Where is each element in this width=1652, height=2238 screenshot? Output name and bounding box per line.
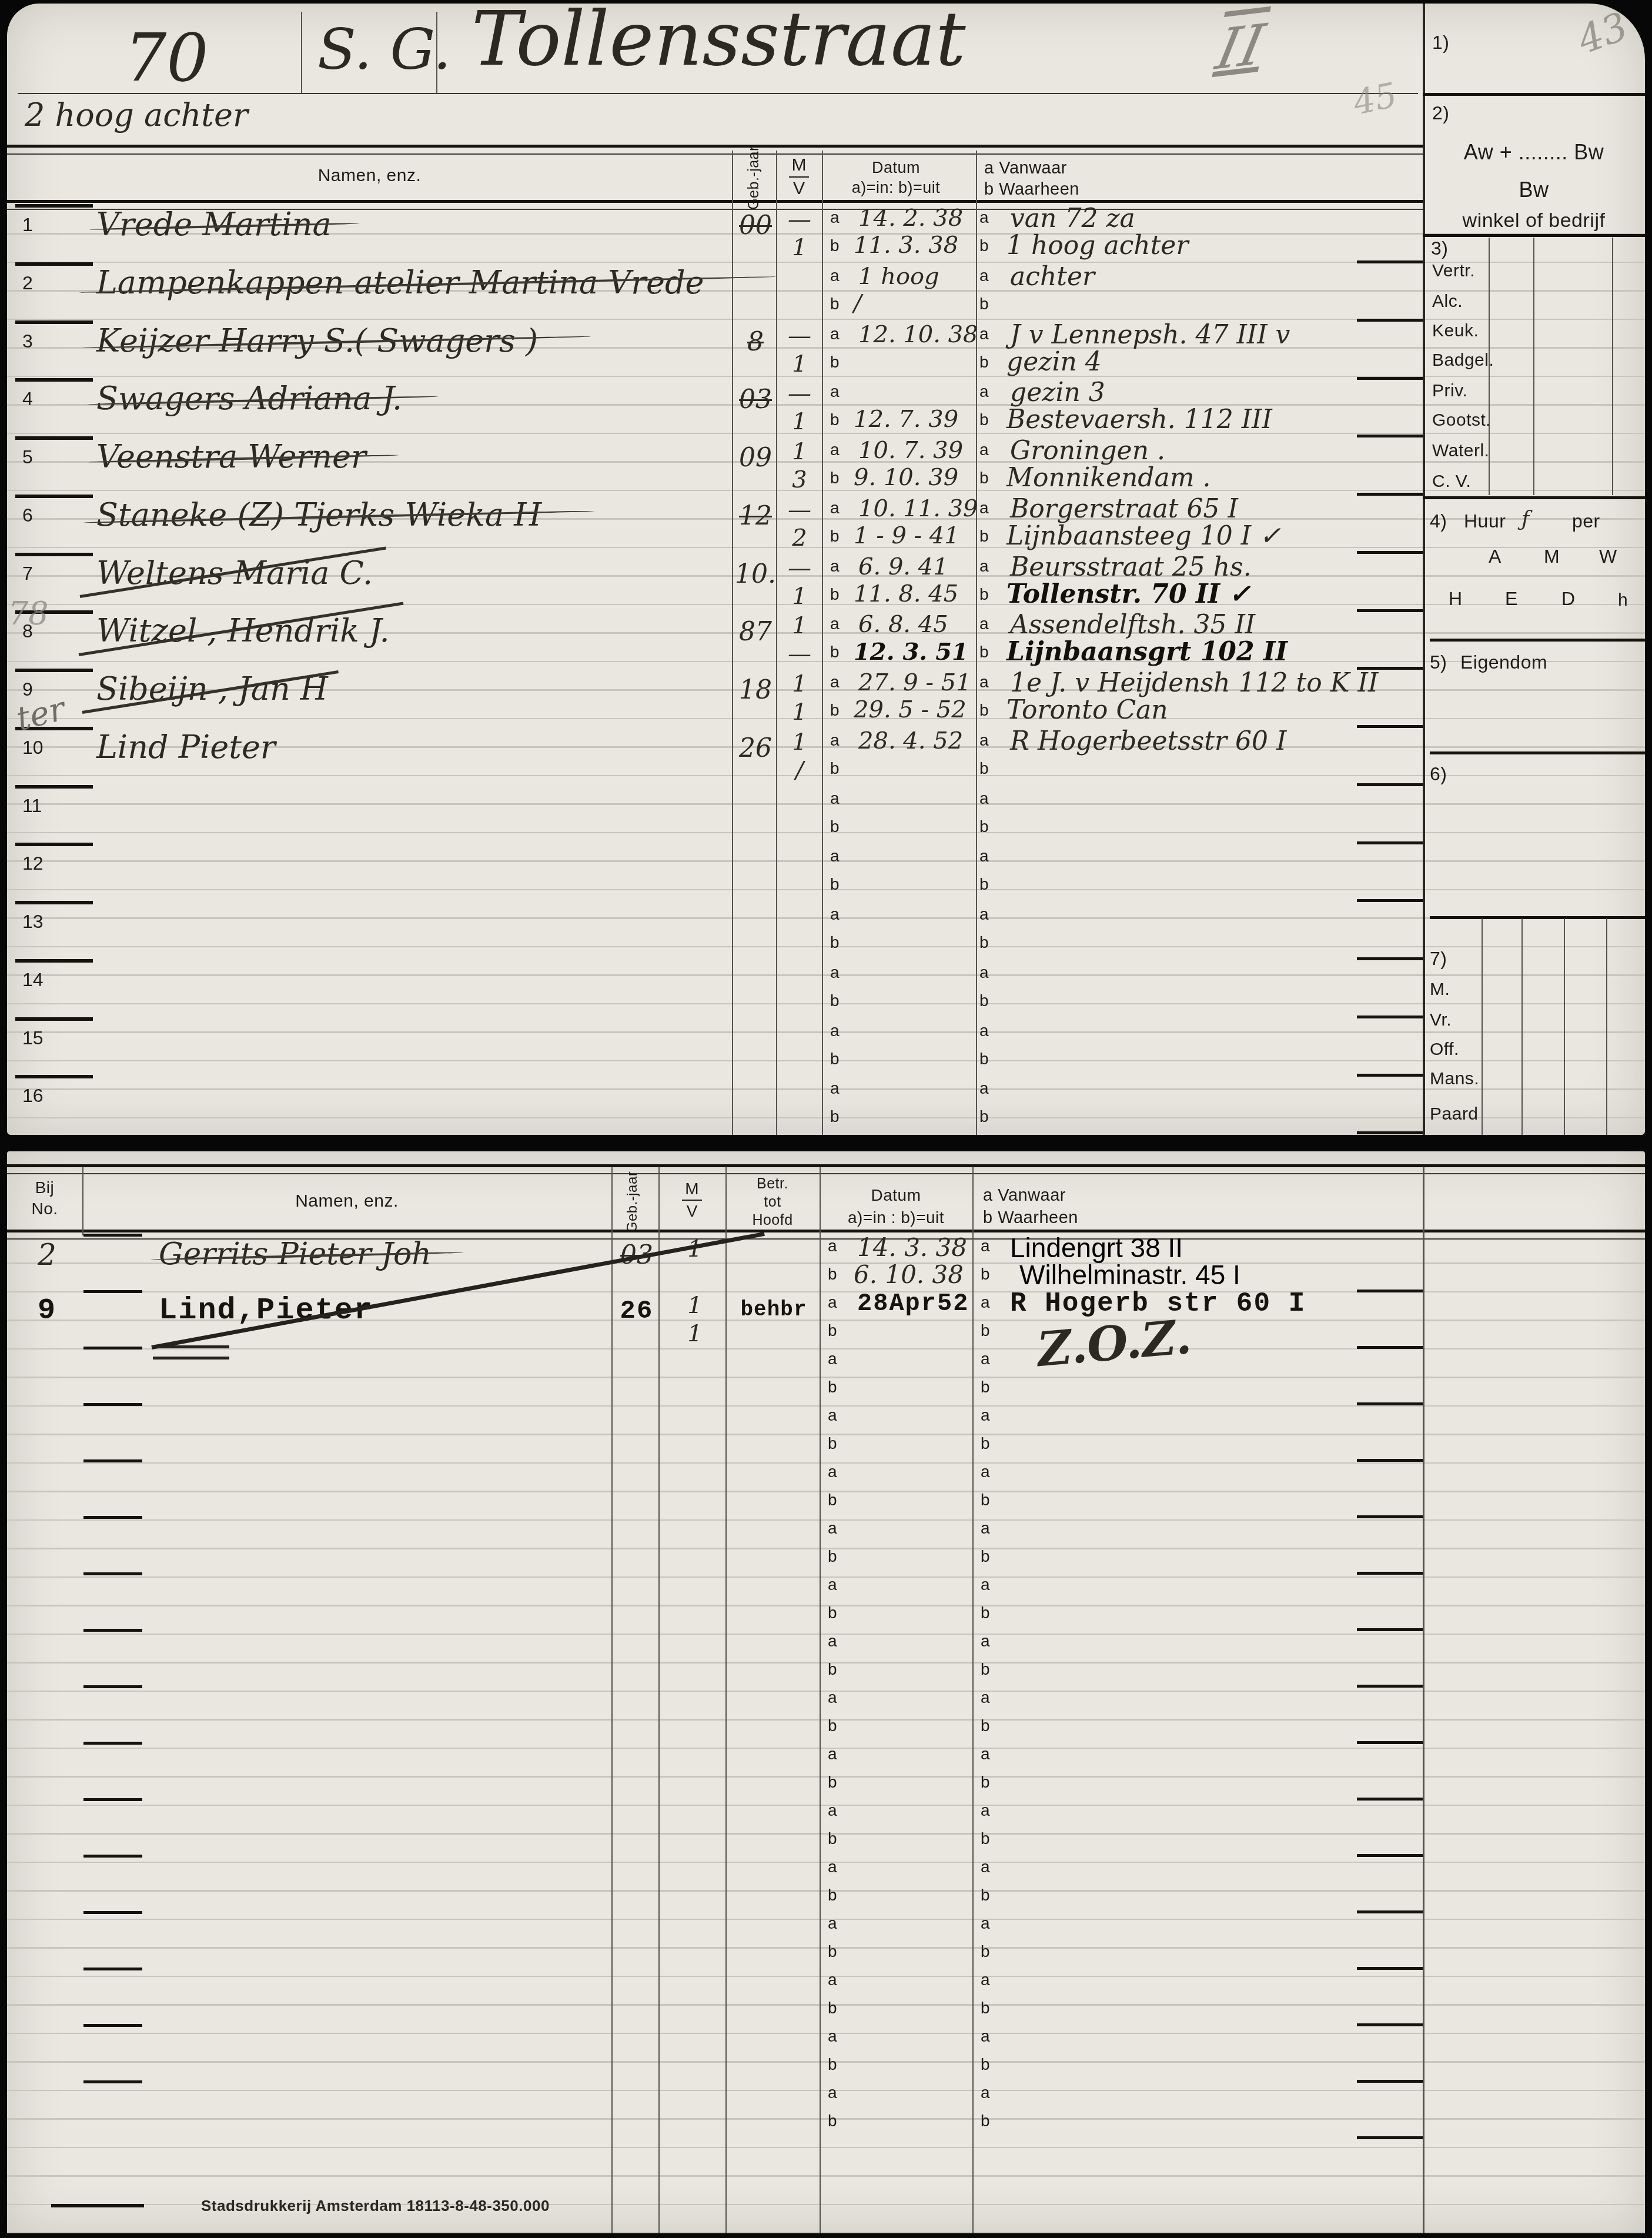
- resident-name: Sibeijn , Jan H: [96, 670, 328, 707]
- printed-letter-a: a: [830, 382, 840, 401]
- panel-h: H: [1449, 588, 1463, 610]
- from-address: 1e J. v Heijdensh 112 to K II: [1010, 668, 1378, 698]
- panel-s7-line: [1521, 918, 1523, 1135]
- printed-letter-b: b: [979, 527, 989, 546]
- panel-section4-label: 4): [1430, 510, 1447, 532]
- printed-letter-b: b: [828, 1716, 837, 1735]
- printed-letter-b: b: [830, 643, 840, 662]
- mv-b-value: 3: [781, 466, 818, 493]
- col-datum: Datum a)=in : b)=uit: [820, 1184, 972, 1229]
- printed-letter-a: a: [981, 1406, 990, 1425]
- printed-letter-b: b: [981, 1829, 990, 1848]
- from-address: J v Lennepsh. 47 III v: [1010, 320, 1290, 350]
- printed-letter-b: b: [828, 1378, 837, 1397]
- panel-s3-line: [1533, 238, 1534, 495]
- mv-divider: [789, 176, 809, 178]
- printed-letter-a: a: [981, 1293, 990, 1312]
- printed-letter-a: a: [981, 1519, 990, 1538]
- row-end-dash: [1357, 841, 1423, 844]
- date-out: 11. 3. 38: [854, 232, 958, 259]
- resident-name: Swagers Adriana J.: [96, 380, 402, 417]
- row-end-dash: [1357, 377, 1423, 380]
- panel-cv: C. V.: [1432, 472, 1471, 492]
- row-end-dash: [1357, 319, 1423, 322]
- row-end-dash: [1357, 551, 1423, 554]
- printed-letter-a: a: [981, 1575, 990, 1594]
- to-address: Lijnbaansteeg 10 I ✓: [1006, 521, 1281, 551]
- col-betr-line1: Betr.: [725, 1175, 820, 1193]
- table-row: a b a b: [7, 2026, 1645, 2082]
- to-address: Lijnbaansgrt 102 II: [1006, 637, 1288, 667]
- header-top-rule: [7, 1164, 1645, 1174]
- printed-letter-a: a: [830, 905, 840, 924]
- panel-gootst: Gootst.: [1432, 410, 1491, 430]
- from-address: van 72 za: [1010, 203, 1135, 233]
- col-datum-line2: a)=in : b)=uit: [820, 1207, 972, 1229]
- printed-letter-a: a: [979, 382, 989, 401]
- row-start-dash: [83, 1855, 142, 1858]
- table-row: a b a b: [7, 1800, 1645, 1856]
- col-mv-v: V: [793, 179, 805, 198]
- row-end-dash: [1357, 783, 1423, 786]
- mv-a-value: —: [781, 206, 818, 233]
- printed-letter-b: b: [830, 1107, 840, 1126]
- row-number: 15: [22, 1027, 44, 1049]
- table-row: a b a b: [7, 1348, 1645, 1405]
- date-in: 10. 7. 39: [858, 437, 963, 464]
- printer-imprint: Stadsdrukkerij Amsterdam 18113-8-48-350.…: [201, 2197, 550, 2215]
- mv-b-value: 2: [781, 525, 818, 552]
- row-number: 4: [22, 388, 33, 410]
- printed-letter-b: b: [981, 2112, 990, 2130]
- panel-divider: [1430, 639, 1645, 642]
- row-end-dash: [1357, 957, 1423, 960]
- col-vanwaar-line1: a Vanwaar: [984, 158, 1079, 179]
- printed-letter-b: b: [979, 1107, 989, 1126]
- table-row: 13 a b a b: [7, 903, 1645, 961]
- printed-letter-b: b: [830, 933, 840, 952]
- table-row: a b a b: [7, 1856, 1645, 1913]
- panel-florin-sign: ƒ: [1521, 507, 1530, 531]
- row-start-dash: [83, 1234, 142, 1237]
- printed-letter-b: b: [979, 817, 989, 836]
- street-name: Tollensstraat: [471, 0, 966, 83]
- panel-paard: Paard: [1430, 1104, 1479, 1124]
- printed-letter-b: b: [828, 1321, 837, 1340]
- printed-letter-b: b: [979, 875, 989, 894]
- row-number: 10: [22, 737, 44, 759]
- printed-letter-b: b: [830, 585, 840, 604]
- printed-letter-b: b: [981, 1265, 990, 1284]
- printed-letter-a: a: [979, 847, 989, 866]
- printed-letter-a: a: [981, 1970, 990, 1989]
- floor-note: 2 hoog achter: [25, 96, 248, 133]
- panel-section3-label: 3): [1431, 238, 1448, 259]
- printed-letter-a: a: [981, 2027, 990, 2046]
- panel-huur: Huur: [1464, 510, 1506, 532]
- table-row: a b a b: [7, 1461, 1645, 1518]
- pencil-margin-78: 78: [8, 595, 49, 632]
- row-start-dash: [15, 1017, 93, 1021]
- printed-letter-a: a: [981, 1745, 990, 1763]
- panel-section1-label: 1): [1432, 32, 1449, 54]
- col-vanwaar-line2: b Waarheen: [984, 179, 1079, 200]
- row-end-dash: [1357, 1016, 1423, 1018]
- row-start-dash: [83, 1629, 142, 1632]
- table-row: 2 Lampenkappen atelier Martina Vrede a b…: [7, 264, 1645, 322]
- printed-letter-a: a: [979, 905, 989, 924]
- printed-letter-b: b: [979, 991, 989, 1010]
- printed-letter-a: a: [830, 789, 840, 808]
- row-start-dash: [83, 1968, 142, 1970]
- mv-b-value: 1: [781, 699, 818, 726]
- printed-letter-a: a: [830, 614, 840, 633]
- row-start-dash: [83, 1290, 142, 1293]
- printed-letter-a: a: [979, 963, 989, 982]
- row-start-dash: [15, 1075, 93, 1078]
- pencil-corner-number: 43: [1571, 4, 1633, 63]
- row-number: 16: [22, 1085, 44, 1107]
- from-address: achter: [1010, 262, 1095, 292]
- printed-letter-a: a: [981, 1688, 990, 1707]
- printed-letter-b: b: [981, 1491, 990, 1509]
- table-row: 3 Keijzer Harry S.( Swagers ) 8 — 1 a b …: [7, 322, 1645, 380]
- printed-letter-b: b: [830, 817, 840, 836]
- printed-letter-a: a: [979, 1079, 989, 1098]
- row-number: 7: [22, 563, 33, 584]
- printed-letter-a: a: [830, 1021, 840, 1040]
- printed-letter-a: a: [979, 208, 989, 227]
- table-row: a b a b: [7, 1574, 1645, 1631]
- printed-letter-a: a: [830, 266, 840, 285]
- resident-name: Lind Pieter: [96, 729, 276, 766]
- printed-letter-b: b: [979, 1050, 989, 1068]
- row-start-dash: [83, 1459, 142, 1462]
- printed-letter-b: b: [830, 236, 840, 255]
- date-in: 14. 2. 38: [858, 205, 963, 232]
- row-start-dash: [15, 436, 93, 440]
- printed-letter-a: a: [979, 614, 989, 633]
- printed-letter-b: b: [828, 1999, 837, 2017]
- printed-letter-b: b: [979, 236, 989, 255]
- row-start-dash: [15, 553, 93, 556]
- row-start-dash: [15, 262, 93, 266]
- printed-letter-a: a: [979, 266, 989, 285]
- bij-no-value: 9: [38, 1294, 56, 1328]
- printed-letter-a: a: [828, 1575, 837, 1594]
- printed-letter-b: b: [828, 1942, 837, 1961]
- mv-b-value: —: [781, 640, 818, 667]
- mv-a-value: 1: [781, 670, 818, 697]
- row-number: 13: [22, 911, 44, 933]
- printed-letter-a: a: [828, 2083, 837, 2102]
- printed-letter-a: a: [828, 1462, 837, 1481]
- printed-letter-b: b: [828, 1434, 837, 1453]
- mv-b-value: /: [781, 757, 818, 784]
- printed-letter-b: b: [828, 2112, 837, 2130]
- table-row: 11 a b a b: [7, 787, 1645, 845]
- panel-section5-label: 5): [1430, 652, 1447, 673]
- printed-letter-a: a: [828, 1914, 837, 1933]
- panel-s7-line: [1606, 918, 1607, 1135]
- resident-name: Lind,Pieter: [159, 1293, 373, 1328]
- printed-letter-b: b: [830, 527, 840, 546]
- date-in: 1 hoog: [858, 263, 939, 290]
- to-address: Monnikendam .: [1006, 463, 1210, 493]
- table-row: 8 Witzel , Hendrik J. 87 1 — a b 6. 8. 4…: [7, 612, 1645, 670]
- from-address: Beursstraat 25 hs.: [1010, 552, 1252, 582]
- row-end-dash: [1357, 493, 1423, 496]
- table-row: 1 Vrede Martina 00 — 1 a b 14. 2. 38 11.…: [7, 206, 1645, 264]
- printed-letter-a: a: [830, 847, 840, 866]
- panel-divider: [1430, 916, 1645, 919]
- printed-letter-b: b: [981, 1434, 990, 1453]
- table-row: 14 a b a b: [7, 961, 1645, 1019]
- from-address: gezin 3: [1010, 378, 1105, 407]
- date-out: 11. 8. 45: [854, 580, 958, 607]
- printed-letter-a: a: [828, 1350, 837, 1368]
- col-mv-m: M: [792, 155, 807, 175]
- date-in: 14. 3. 38: [857, 1233, 967, 1262]
- printed-letter-a: a: [830, 673, 840, 692]
- printed-letter-a: a: [979, 731, 989, 750]
- panel-s7-line: [1482, 918, 1483, 1135]
- panel-section7-label: 7): [1430, 948, 1447, 970]
- printed-letter-b: b: [981, 1773, 990, 1792]
- birth-year: 26: [734, 733, 777, 763]
- printed-letter-a: a: [830, 325, 840, 343]
- header-top-rule: [7, 145, 1423, 155]
- printed-letter-b: b: [981, 1660, 990, 1679]
- date-out: 12. 7. 39: [854, 406, 958, 433]
- col-betr: Betr. tot Hoofd: [725, 1175, 820, 1230]
- birth-year: 10.: [734, 559, 777, 589]
- row-start-dash: [83, 2024, 142, 2027]
- col-gebjaar: Geb.-jaar: [624, 1171, 641, 1233]
- mv-b-value: 1: [667, 1320, 723, 1347]
- mv-b-value: 1: [781, 234, 818, 261]
- table-row: 10 Lind Pieter 26 1 / a b 28. 4. 52 a b …: [7, 729, 1645, 787]
- date-in: 6. 9. 41: [858, 553, 948, 580]
- row-start-dash: [83, 2080, 142, 2083]
- printed-letter-a: a: [979, 673, 989, 692]
- printed-letter-a: a: [830, 1079, 840, 1098]
- printed-letter-a: a: [979, 440, 989, 459]
- printed-letter-a: a: [828, 1858, 837, 1876]
- table-row: 7 Weltens Maria C. 10. — 1 a b 6. 9. 41 …: [7, 555, 1645, 613]
- printed-letter-b: b: [981, 2055, 990, 2074]
- to-address: Wilhelminastr. 45 I: [1019, 1259, 1240, 1291]
- printed-letter-a: a: [830, 440, 840, 459]
- table-row: a b a b: [7, 1518, 1645, 1574]
- printed-letter-b: b: [830, 701, 840, 720]
- date-out: 9. 10. 39: [854, 464, 958, 491]
- col-vanwaar-line2: b Waarheen: [983, 1207, 1078, 1229]
- printed-letter-a: a: [979, 1021, 989, 1040]
- table-row: 9 Lind,Pieter 26 1 1 behbr a b 28Apr52 a…: [7, 1292, 1645, 1348]
- panel-divider: [1423, 234, 1645, 237]
- col-datum-line2: a)=in: b)=uit: [822, 178, 970, 198]
- row-number: 6: [22, 505, 33, 526]
- street-underline: [18, 93, 1418, 94]
- col-line-bijno: [82, 1167, 83, 1235]
- row-start-dash: [15, 959, 93, 963]
- date-out: /: [854, 290, 861, 317]
- mv-a-value: 1: [667, 1292, 723, 1319]
- row-start-dash: [83, 1572, 142, 1575]
- to-address: Tollenstr. 70 II ✓: [1006, 579, 1250, 609]
- col-bij-no: Bij No.: [7, 1177, 82, 1220]
- panel-section6-label: 6): [1430, 763, 1447, 785]
- date-in: 27. 9 - 51: [858, 669, 971, 696]
- col-vanwaar-line1: a Vanwaar: [983, 1184, 1078, 1207]
- col-datum-line1: Datum: [820, 1184, 972, 1207]
- panel-s3-line: [1612, 238, 1613, 495]
- from-address: R Hogerbeetsstr 60 I: [1010, 726, 1286, 756]
- row-start-dash: [15, 495, 93, 498]
- printed-letter-a: a: [830, 557, 840, 576]
- scanned-registration-card: { "street_header": { "house_number": "70…: [0, 0, 1652, 2238]
- printed-letter-b: b: [830, 469, 840, 487]
- col-betr-line2: tot: [725, 1193, 820, 1211]
- printed-letter-b: b: [981, 1378, 990, 1397]
- from-address: Borgerstraat 65 I: [1010, 494, 1238, 524]
- col-no: No.: [7, 1198, 82, 1220]
- printed-letter-b: b: [981, 1716, 990, 1735]
- printed-letter-b: b: [981, 1999, 990, 2017]
- printed-letter-a: a: [828, 1632, 837, 1651]
- date-in: 6. 8. 45: [858, 611, 948, 638]
- printed-letter-a: a: [828, 2027, 837, 2046]
- printed-letter-a: a: [830, 731, 840, 750]
- panel-divider: [1430, 751, 1645, 754]
- row-start-dash: [15, 843, 93, 846]
- printed-letter-b: b: [979, 353, 989, 372]
- footer-dash: [51, 2204, 144, 2207]
- row-start-dash: [15, 204, 93, 208]
- printed-letter-b: b: [828, 2055, 837, 2074]
- panel-divider: [1423, 496, 1645, 499]
- panel-d: D: [1561, 588, 1576, 610]
- to-address: gezin 4: [1006, 347, 1102, 377]
- row-start-dash: [15, 901, 93, 904]
- row-number: 5: [22, 446, 33, 468]
- printed-letter-b: b: [981, 1604, 990, 1622]
- row-start-dash: [15, 669, 93, 672]
- row-start-dash: [15, 378, 93, 382]
- row-number: 2: [22, 272, 33, 294]
- panel-w: W: [1599, 546, 1617, 567]
- panel-mans: Mans.: [1430, 1069, 1479, 1089]
- row-end-dash: [1357, 899, 1423, 902]
- row-start-dash: [83, 1516, 142, 1519]
- col-mv-m: M: [685, 1180, 698, 1198]
- printed-letter-a: a: [828, 1406, 837, 1425]
- table-row: 12 a b a b: [7, 844, 1645, 903]
- printed-letter-b: b: [979, 295, 989, 313]
- printed-letter-a: a: [981, 2083, 990, 2102]
- row-end-dash: [1357, 260, 1423, 263]
- col-vanwaar: a Vanwaar b Waarheen: [983, 1184, 1078, 1229]
- printed-letter-a: a: [981, 1801, 990, 1820]
- pencil-squiggle: 45: [1350, 75, 1400, 123]
- panel-keuk: Keuk.: [1432, 321, 1479, 341]
- panel-eigendom: Eigendom: [1460, 652, 1547, 673]
- date-in: 28. 4. 52: [858, 727, 963, 754]
- row-number: 12: [22, 853, 44, 874]
- printed-letter-a: a: [979, 789, 989, 808]
- date-in: 12. 10. 38: [858, 321, 978, 348]
- printed-letter-b: b: [981, 1547, 990, 1566]
- row-end-dash: [1357, 2136, 1423, 2139]
- panel-s3-line: [1489, 238, 1490, 495]
- row-start-dash: [83, 1685, 142, 1688]
- panel-a: A: [1489, 546, 1501, 567]
- panel-aw-bw: Aw + ........ Bw: [1423, 140, 1645, 165]
- resident-name: Veenstra Werner: [96, 438, 366, 475]
- row-number: 1: [22, 214, 33, 236]
- mv-a-value: —: [781, 322, 818, 349]
- printed-letter-b: b: [830, 410, 840, 429]
- mv-a-value: —: [781, 380, 818, 407]
- printed-letter-b: b: [979, 759, 989, 778]
- from-address: Groningen .: [1010, 436, 1165, 466]
- printed-letter-b: b: [828, 1604, 837, 1622]
- panel-s7-line: [1564, 918, 1565, 1135]
- printed-letter-a: a: [979, 325, 989, 343]
- table-row: 2 Gerrits Pieter Joh 03 1 a b 14. 3. 38 …: [7, 1235, 1645, 1292]
- printed-letter-a: a: [828, 1519, 837, 1538]
- relation-to-head: behbr: [729, 1298, 818, 1322]
- birth-year: 26: [614, 1297, 660, 1326]
- printed-letter-b: b: [979, 933, 989, 952]
- to-address: Toronto Can: [1006, 695, 1168, 725]
- printed-letter-a: a: [828, 1293, 837, 1312]
- printed-letter-a: a: [981, 1350, 990, 1368]
- printed-letter-a: a: [830, 499, 840, 517]
- printed-letter-a: a: [981, 1462, 990, 1481]
- printed-letter-b: b: [979, 701, 989, 720]
- row-number: 11: [22, 795, 42, 817]
- printed-letter-a: a: [828, 1970, 837, 1989]
- row-end-dash: [1357, 609, 1423, 612]
- mv-a-value: —: [781, 555, 818, 582]
- col-namen: Namen, enz.: [7, 166, 732, 186]
- printed-letter-b: b: [979, 643, 989, 662]
- birth-year: 03: [734, 385, 777, 415]
- panel-waterl: Waterl.: [1432, 441, 1489, 461]
- table-row: a b a b: [7, 2082, 1645, 2139]
- col-mv: M V: [776, 155, 822, 199]
- row-start-dash: [83, 1742, 142, 1745]
- table-row: a b a b: [7, 1969, 1645, 2026]
- birth-year: 8: [734, 327, 777, 357]
- panel-bw: Bw: [1423, 178, 1645, 202]
- printed-letter-a: a: [979, 499, 989, 517]
- resident-name: Keijzer Harry S.( Swagers ): [96, 322, 538, 359]
- table-row: 6 Staneke (Z) Tjerks Wieka H 12 — 2 a b …: [7, 496, 1645, 555]
- mv-a-value: 1: [781, 438, 818, 465]
- printed-letter-a: a: [828, 1801, 837, 1820]
- street-cell-divider: [301, 12, 302, 94]
- bij-no-value: 2: [38, 1238, 56, 1272]
- printed-letter-a: a: [979, 557, 989, 576]
- house-number: 70: [125, 20, 209, 96]
- col-datum: Datum a)=in: b)=uit: [822, 158, 970, 198]
- date-out: 1 - 9 - 41: [854, 522, 959, 549]
- printed-letter-b: b: [979, 469, 989, 487]
- row-start-dash: [83, 1911, 142, 1914]
